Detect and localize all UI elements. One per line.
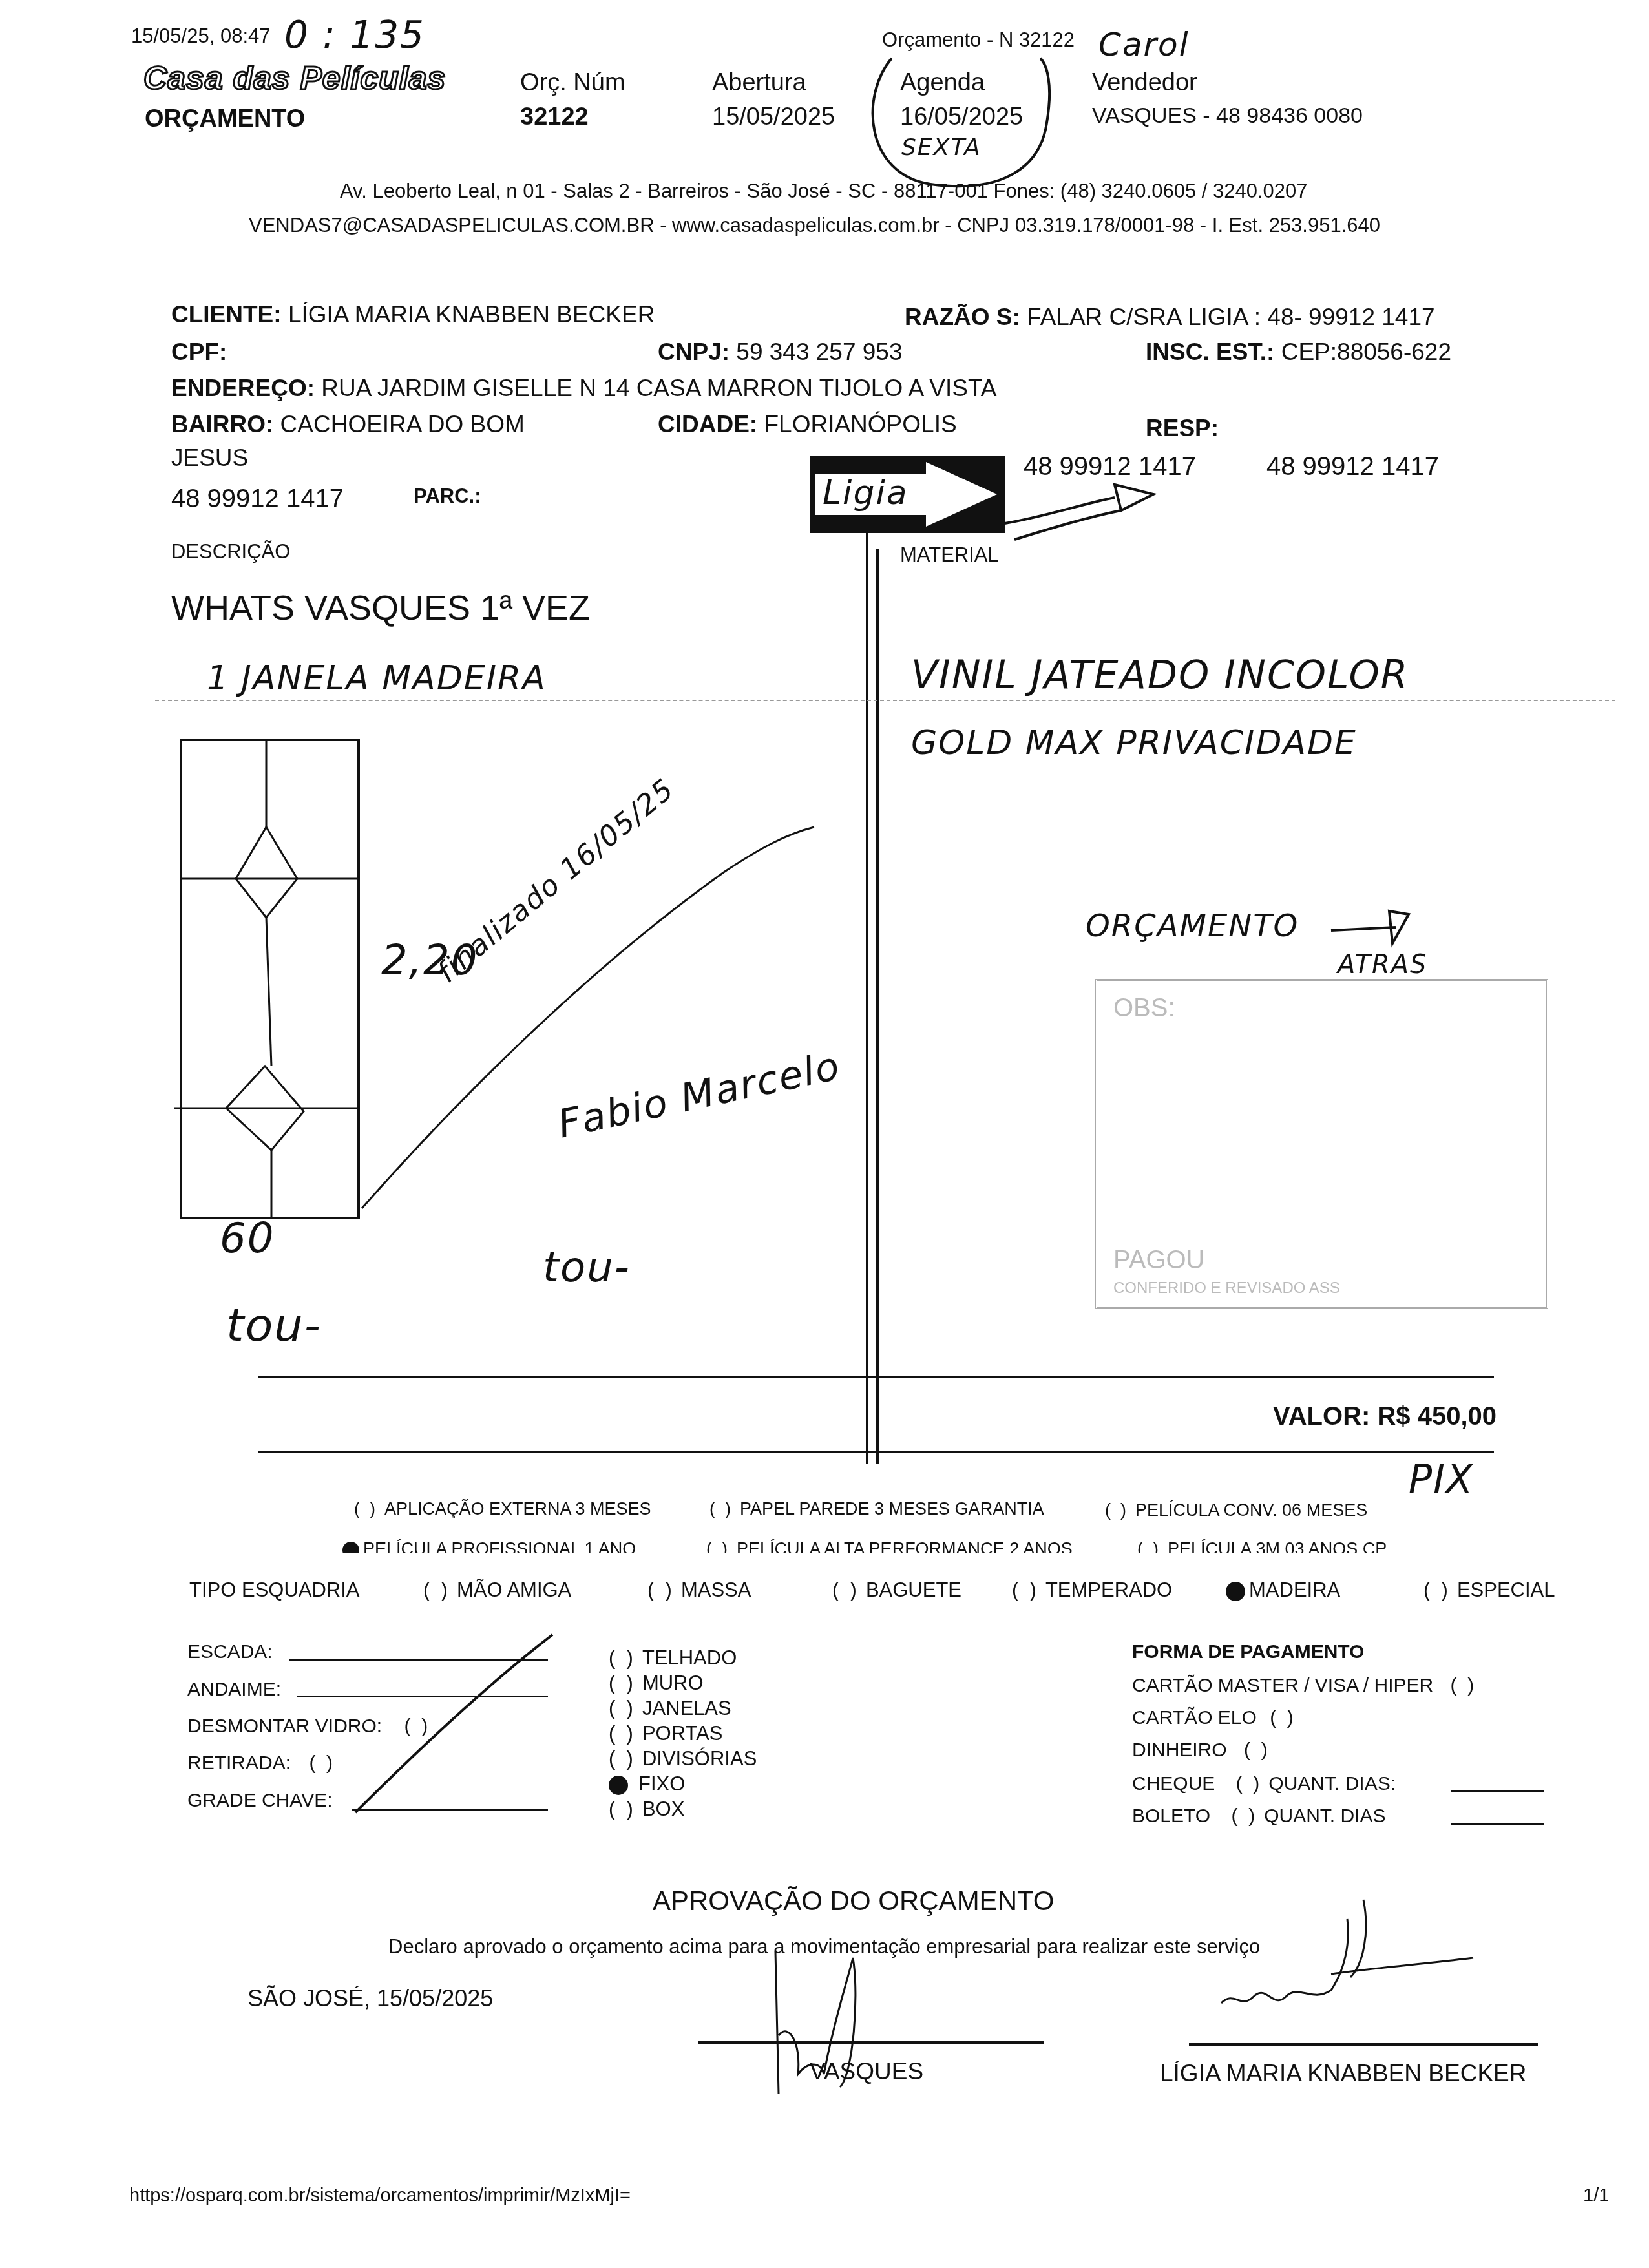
razao-field: RAZÃO S: FALAR C/SRA LIGIA : 48- 99912 1… [905,304,1435,331]
checkbox-empty-icon: ( ) [609,1746,633,1771]
checkbox-empty-icon: ( ) [609,1645,633,1670]
bairro-continued: JESUS [171,445,248,472]
handwritten-corner-note: Carol [1098,26,1190,63]
approval-place-date: SÃO JOSÉ, 15/05/2025 [247,1985,493,2012]
cnpj-field: CNPJ: 59 343 257 953 [658,339,903,366]
location-option[interactable]: ( )BOX [609,1796,757,1822]
checkbox-empty-icon: ( ) [609,1696,633,1721]
checkbox-empty-icon: ( ) [1244,1739,1268,1761]
esquadria-option[interactable]: ( )BAGUETE [832,1579,961,1602]
checkbox-empty-icon: ( ) [1270,1707,1294,1729]
footer-url[interactable]: https://osparq.com.br/sistema/orcamentos… [129,2185,631,2207]
checkbox-empty-icon: ( ) [609,1796,633,1822]
insc-field: INSC. EST.: CEP:88056-622 [1146,339,1451,366]
cnpj-value: 59 343 257 953 [736,339,902,365]
arrow-down-annotation [1331,905,1409,956]
checkbox-empty-icon: ( ) [1236,1773,1260,1795]
column-divider-2 [876,549,879,1464]
agenda-circle-annotation [853,45,1086,194]
cliente-value: LÍGIA MARIA KNABBEN BECKER [288,301,655,328]
company-address: Av. Leoberto Leal, n 01 - Salas 2 - Barr… [340,180,1308,203]
resp-label: RESP: [1146,415,1219,442]
payment-master[interactable]: CARTÃO MASTER / VISA / HIPER ( ) [1132,1675,1483,1697]
valor-value: R$ 450,00 [1377,1402,1497,1431]
handwritten-top-note: 0 : 135 [284,13,425,57]
checkbox-empty-icon: ( ) [647,1579,672,1602]
payment-title: FORMA DE PAGAMENTO [1132,1641,1364,1663]
payment-boleto[interactable]: BOLETO ( )QUANT. DIAS [1132,1805,1386,1827]
warranty-option[interactable]: ( )PELÍCULA ALTA PERFORMANCE 2 ANOS [706,1539,1073,1553]
obs-box: OBS: PAGOU CONFERIDO E REVISADO ASS [1095,979,1548,1309]
cpf-label: CPF: [171,339,227,366]
window-sketch [168,737,814,1266]
bairro-field: BAIRRO: CACHOEIRA DO BOM [171,411,525,438]
vendedor-value: VASQUES - 48 98436 0080 [1092,103,1363,129]
bairro-label: BAIRRO: [171,411,273,437]
checkbox-filled-icon [609,1776,628,1795]
esquadria-option[interactable]: ( )MASSA [647,1579,751,1602]
handwritten-atras-note: ATRAS [1338,950,1427,980]
payment-cheque[interactable]: CHEQUE ( )QUANT. DIAS: [1132,1773,1396,1795]
location-option[interactable]: ( )TELHADO [609,1645,757,1670]
company-contact: VENDAS7@CASADASPELICULAS.COM.BR - www.ca… [249,214,1380,237]
parc-label: PARC.: [414,485,481,508]
cnpj-label: CNPJ: [658,339,730,365]
warranty-option[interactable]: ( )PELÍCULA 3M 03 ANOS CP [1137,1539,1387,1553]
orc-num-label: Orç. Núm [520,69,625,97]
doc-type: ORÇAMENTO [145,105,305,133]
valor-bottom-line [258,1451,1494,1453]
strikethrough-annotation [226,1632,562,1812]
checkbox-empty-icon: ( ) [1423,1579,1448,1602]
cidade-field: CIDADE: FLORIANÓPOLIS [658,411,957,438]
valor-label: VALOR: [1273,1402,1370,1431]
esquadria-option[interactable]: ( )MÃO AMIGA [423,1579,571,1602]
checkbox-empty-icon: ( ) [609,1721,633,1746]
handwritten-material-note-2: GOLD MAX PRIVACIDADE [911,724,1357,762]
material-label: MATERIAL [900,543,999,567]
client-sign-line [1189,2043,1538,2046]
location-option[interactable]: ( )DIVISÓRIAS [609,1746,757,1771]
orc-num-value: 32122 [520,103,589,131]
abertura-value: 15/05/2025 [712,103,835,131]
checkbox-filled-icon [1226,1582,1245,1601]
location-option[interactable]: ( )PORTAS [609,1721,757,1746]
checkbox-empty-icon: ( ) [1451,1675,1475,1697]
checkbox-empty-icon: ( ) [709,1499,731,1519]
endereco-value: RUA JARDIM GISELLE N 14 CASA MARRON TIJO… [321,375,996,401]
cidade-label: CIDADE: [658,411,757,437]
endereco-label: ENDEREÇO: [171,375,315,401]
razao-label: RAZÃO S: [905,304,1020,330]
payment-dinheiro[interactable]: DINHEIRO ( ) [1132,1739,1277,1761]
checkbox-filled-icon [342,1542,359,1553]
esquadria-label: TIPO ESQUADRIA [189,1579,360,1602]
cheque-dias-line[interactable] [1451,1790,1544,1792]
warranty-option[interactable]: ( )PELÍCULA CONV. 06 MESES [1105,1500,1367,1520]
column-divider [866,533,868,1464]
location-option[interactable]: ( )JANELAS [609,1696,757,1721]
razao-value: FALAR C/SRA LIGIA : 48- 99912 1417 [1027,304,1434,330]
checkbox-empty-icon: ( ) [1232,1805,1255,1827]
brand-logo: Casa das Películas [143,59,446,97]
obs-label: OBS: [1113,994,1175,1023]
cidade-value: FLORIANÓPOLIS [764,411,956,437]
insc-label: INSC. EST.: [1146,339,1274,365]
boleto-dias-line[interactable] [1451,1823,1544,1825]
warranty-option[interactable]: PELÍCULA PROFISSIONAL 1 ANO [342,1539,636,1553]
pagou-label: PAGOU [1113,1246,1205,1275]
arrow-sticker: Ligia [810,456,1005,533]
cliente-field: CLIENTE: LÍGIA MARIA KNABBEN BECKER [171,301,655,328]
client-signature [1215,1893,1538,2022]
valor-top-line [258,1376,1494,1378]
checkbox-empty-icon: ( ) [423,1579,448,1602]
resp-phone-1: 48 99912 1417 [1024,452,1196,481]
client-sign-name: LÍGIA MARIA KNABBEN BECKER [1160,2060,1527,2087]
warranty-option[interactable]: ( )PAPEL PAREDE 3 MESES GARANTIA [709,1499,1044,1519]
conferido-label: CONFERIDO E REVISADO ASS [1113,1279,1340,1297]
bairro-value: CACHOEIRA DO BOM [280,411,525,437]
checkbox-empty-icon: ( ) [1012,1579,1036,1602]
esquadria-option[interactable]: ( )ESPECIAL [1423,1579,1555,1602]
vendedor-label: Vendedor [1092,69,1197,97]
checkbox-empty-icon: ( ) [1137,1539,1159,1553]
esquadria-option[interactable]: ( )TEMPERADO [1012,1579,1172,1602]
checkbox-empty-icon: ( ) [832,1579,857,1602]
seller-sign-name: VASQUES [810,2058,923,2085]
checkbox-empty-icon: ( ) [706,1539,728,1553]
checkbox-empty-icon: ( ) [354,1499,375,1519]
print-timestamp: 15/05/25, 08:47 [131,25,270,48]
arrow-name-note: Ligia [823,474,909,512]
client-phone: 48 99912 1417 [171,485,344,514]
resp-phone-2: 48 99912 1417 [1266,452,1439,481]
descricao-value: WHATS VASQUES 1ª VEZ [171,588,590,628]
warranty-option[interactable]: ( )APLICAÇÃO EXTERNA 3 MESES [354,1499,651,1519]
row-divider [155,700,1615,701]
handwritten-desc-note: 1 JANELA MADEIRA [207,659,547,698]
handwritten-material-note-1: VINIL JATEADO INCOLOR [911,653,1409,698]
seller-sign-line [698,2041,1044,2044]
handwritten-ok-1: tou- [226,1299,322,1352]
checkbox-empty-icon: ( ) [609,1670,633,1696]
esquadria-option[interactable]: MADEIRA [1226,1579,1340,1602]
arrow-annotation [1005,478,1173,543]
descricao-label: DESCRIÇÃO [171,540,290,563]
handwritten-orcamento-note: ORÇAMENTO [1086,908,1299,944]
handwritten-ok-2: tou- [543,1244,631,1292]
location-options: ( )TELHADO ( )MURO ( )JANELAS ( )PORTAS … [609,1645,757,1822]
approval-title: APROVAÇÃO DO ORÇAMENTO [653,1885,1055,1916]
handwritten-pix: PIX [1409,1457,1474,1502]
valor-field: VALOR: R$ 450,00 [1273,1402,1497,1431]
location-option[interactable]: FIXO [609,1771,757,1796]
location-option[interactable]: ( )MURO [609,1670,757,1696]
handwritten-width: 60 [220,1215,275,1263]
endereco-field: ENDEREÇO: RUA JARDIM GISELLE N 14 CASA M… [171,375,997,402]
payment-elo[interactable]: CARTÃO ELO ( ) [1132,1707,1303,1729]
abertura-label: Abertura [712,69,806,97]
insc-value: CEP:88056-622 [1281,339,1451,365]
page-number: 1/1 [1583,2185,1609,2207]
checkbox-empty-icon: ( ) [1105,1500,1126,1520]
cliente-label: CLIENTE: [171,301,282,328]
